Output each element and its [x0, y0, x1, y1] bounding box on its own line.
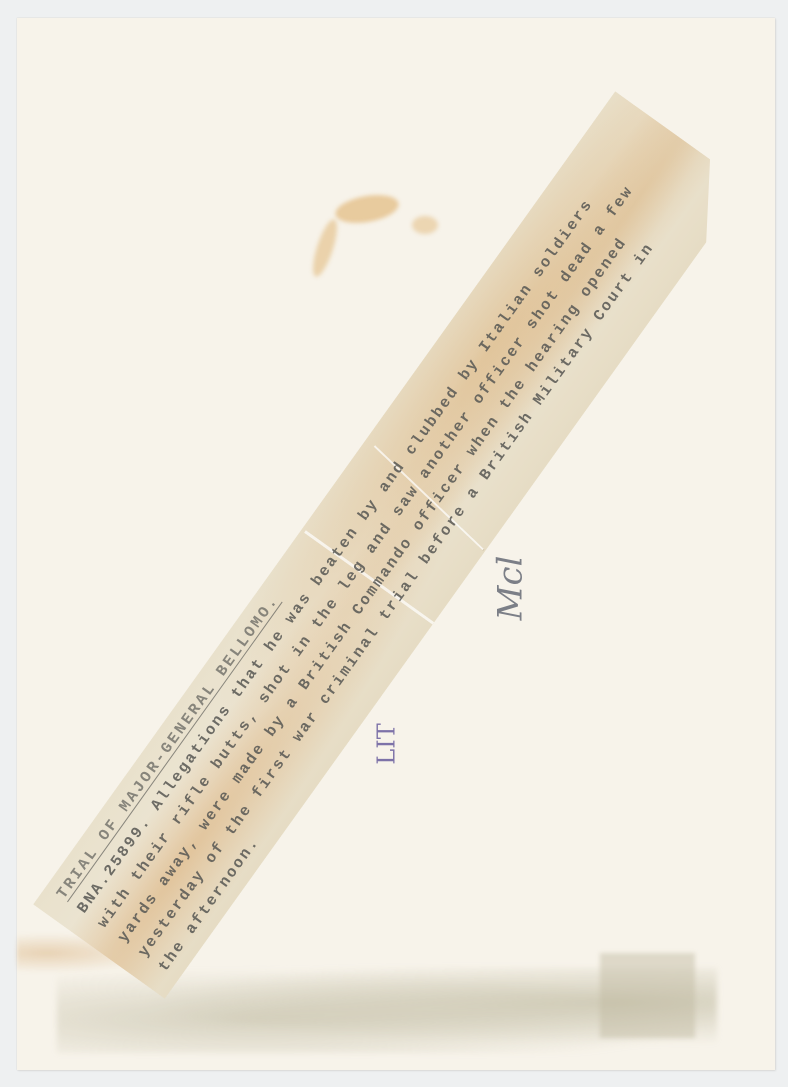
- glue-smudge-block: [600, 953, 695, 1038]
- stain-mark: [333, 191, 401, 228]
- stain-mark: [308, 217, 342, 279]
- stain-mark: [412, 216, 438, 234]
- handwritten-annotation-lit: LIT: [373, 723, 401, 764]
- handwritten-annotation-mcl: Mcl: [490, 556, 530, 621]
